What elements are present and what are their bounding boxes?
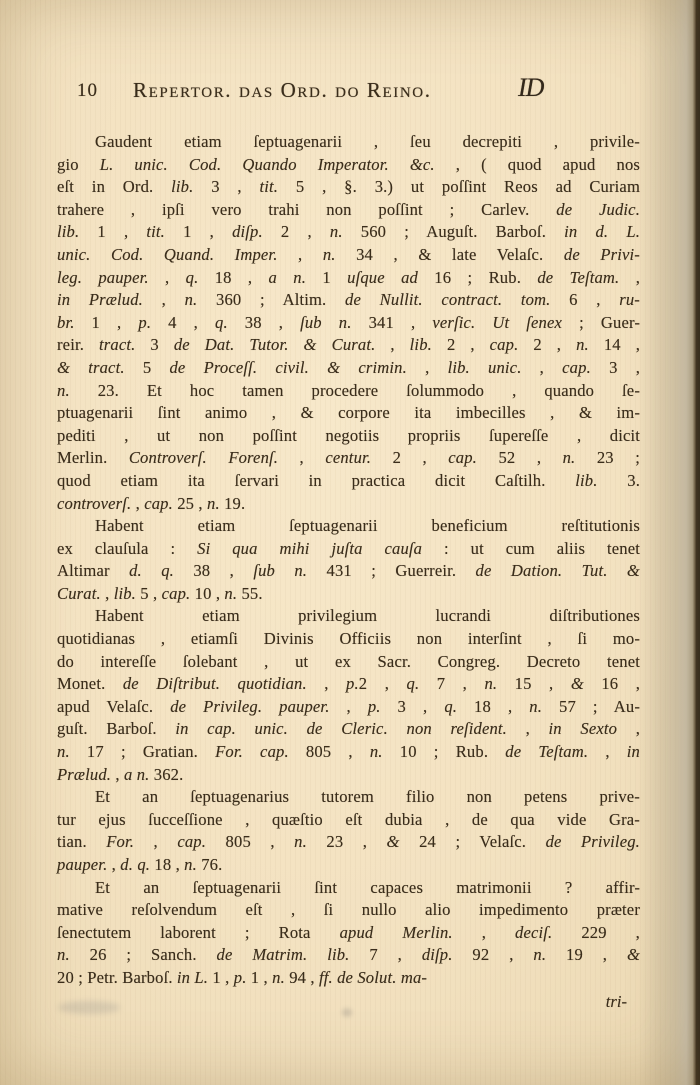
italic-text: in L. xyxy=(177,968,208,987)
text-line: tur ejus ſucceſſione , quæſtio eſt dubia… xyxy=(57,809,640,832)
roman-text: 2 , xyxy=(432,335,490,354)
roman-text: tur ejus ſucceſſione , quæſtio eſt dubia… xyxy=(57,810,640,829)
italic-text: pauper. xyxy=(57,855,107,874)
roman-text: reir. xyxy=(57,335,99,354)
italic-text: & xyxy=(387,832,400,851)
italic-text: n. xyxy=(370,742,383,761)
page-number: 10 xyxy=(77,80,98,102)
italic-text: n. xyxy=(57,945,70,964)
italic-text: n. xyxy=(533,945,546,964)
roman-text: 76. xyxy=(197,855,223,874)
roman-text: 57 ; Au- xyxy=(542,697,640,716)
italic-text: verſic. Ut ſenex xyxy=(432,313,562,332)
roman-text: 229 , xyxy=(552,923,640,942)
roman-text: 10 ; Rub. xyxy=(383,742,506,761)
roman-text: , xyxy=(107,855,120,874)
roman-text: 5 , xyxy=(136,584,162,603)
roman-text: , xyxy=(134,832,177,851)
roman-text: , xyxy=(149,268,186,287)
italic-text: in d. L. xyxy=(564,222,640,241)
margin-mark: ID xyxy=(518,73,543,103)
roman-text: 18 , xyxy=(198,268,268,287)
italic-text: ff. de Solut. ma- xyxy=(319,968,427,987)
roman-text: 1 , xyxy=(75,313,139,332)
italic-text: de Privileg. xyxy=(546,832,640,851)
roman-text: 23 ; xyxy=(575,448,640,467)
roman-text: 3. xyxy=(598,471,640,490)
italic-text: de Diſtribut. quotidian. xyxy=(123,674,307,693)
italic-text: q. xyxy=(215,313,228,332)
italic-text: n. xyxy=(57,381,70,400)
italic-text: ſub n. xyxy=(300,313,351,332)
italic-text: cap. xyxy=(562,358,591,377)
roman-text: 3 , xyxy=(591,358,640,377)
italic-text: L. unic. Cod. Quando Imperator. &c. xyxy=(100,155,435,174)
text-line: ptuagenarii ſint animo , & corpore ita i… xyxy=(57,402,640,425)
page-body: Gaudent etiam ſeptuagenarii , ſeu decrep… xyxy=(57,131,640,1013)
book-page: 10 Repertor. das Ord. do Reino. ID Gaude… xyxy=(0,0,700,1085)
italic-text: cap. xyxy=(177,832,206,851)
italic-text: n. xyxy=(294,832,307,851)
italic-text: tract. xyxy=(99,335,135,354)
page-header: 10 Repertor. das Ord. do Reino. ID xyxy=(57,76,640,110)
roman-text: ptuagenarii ſint animo , & corpore ita i… xyxy=(57,403,640,422)
italic-text: lib. unic. xyxy=(448,358,522,377)
italic-text: p. xyxy=(346,674,359,693)
italic-text: in Sexto xyxy=(549,719,618,738)
text-line: & tract. 5 de Proceſſ. civil. & crimin. … xyxy=(57,357,640,380)
roman-text: ; Guer- xyxy=(562,313,640,332)
text-line: quotidianas , etiamſi Divinis Officiis n… xyxy=(57,628,640,651)
italic-text: a n. xyxy=(124,765,150,784)
roman-text: quotidianas , etiamſi Divinis Officiis n… xyxy=(57,629,640,648)
text-line: guſt. Barboſ. in cap. unic. de Cleric. n… xyxy=(57,718,640,741)
italic-text: in Prælud. xyxy=(57,290,143,309)
italic-text: n. xyxy=(484,674,497,693)
roman-text: , xyxy=(143,290,185,309)
paragraph: Et an ſeptuagenarius tutorem filio non p… xyxy=(57,786,640,876)
roman-text: 805 , xyxy=(289,742,370,761)
roman-text: 3 xyxy=(135,335,173,354)
roman-text: 805 , xyxy=(206,832,294,851)
italic-text: n. xyxy=(185,290,198,309)
italic-text: centur. xyxy=(325,448,371,467)
italic-text: p. xyxy=(138,313,151,332)
roman-text: 52 , xyxy=(477,448,563,467)
italic-text: apud Merlin. xyxy=(340,923,453,942)
italic-text: For. xyxy=(106,832,134,851)
roman-text: , xyxy=(522,358,563,377)
roman-text: Merlin. xyxy=(57,448,129,467)
text-line: n. 23. Et hoc tamen procedere ſolummodo … xyxy=(57,380,640,403)
roman-text: Et an ſeptuagenarius tutorem filio non p… xyxy=(95,787,640,806)
roman-text: eſt in Ord. xyxy=(57,177,171,196)
roman-text: 14 , xyxy=(589,335,640,354)
roman-text: , xyxy=(111,765,124,784)
roman-text: pediti , ut non poſſint negotiis proprii… xyxy=(57,426,640,445)
roman-text: 3 , xyxy=(381,697,445,716)
text-line: gio L. unic. Cod. Quando Imperator. &c. … xyxy=(57,154,640,177)
roman-text: , xyxy=(617,719,640,738)
text-line: reir. tract. 3 de Dat. Tutor. & Curat. ,… xyxy=(57,334,640,357)
roman-text: 4 , xyxy=(151,313,215,332)
catchword: tri- xyxy=(606,992,627,1011)
text-line: ex clauſula : Si qua mihi juſta cauſa : … xyxy=(57,538,640,561)
italic-text: q. xyxy=(407,674,420,693)
roman-text: 18 , xyxy=(457,697,529,716)
roman-text: , ( quod apud nos xyxy=(435,155,640,174)
roman-text: , xyxy=(131,494,144,513)
text-line: Merlin. Controverſ. Forenſ. , centur. 2 … xyxy=(57,447,640,470)
roman-text: Et an ſeptuagenarii ſint capaces matrimo… xyxy=(95,878,640,897)
roman-text: 6 , xyxy=(550,290,619,309)
italic-text: ru- xyxy=(619,290,640,309)
text-line: in Prælud. , n. 360 ; Altim. de Nullit. … xyxy=(57,289,640,312)
roman-text: 17 ; Gratian. xyxy=(70,742,215,761)
roman-text: , xyxy=(278,245,323,264)
italic-text: n. xyxy=(323,245,336,264)
italic-text: br. xyxy=(57,313,75,332)
italic-text: n. xyxy=(529,697,542,716)
text-line: mative reſolvendum eſt , ſi nullo alio i… xyxy=(57,899,640,922)
italic-text: diſp. xyxy=(422,945,453,964)
paragraph: Habent etiam ſeptuagenarii beneficium re… xyxy=(57,515,640,605)
roman-text: 1 , xyxy=(247,968,273,987)
roman-text: 7 , xyxy=(419,674,484,693)
roman-text: , xyxy=(619,268,640,287)
roman-text: , xyxy=(307,674,346,693)
italic-text: controverſ. xyxy=(57,494,131,513)
roman-text: 23. Et hoc tamen procedere ſolummodo , q… xyxy=(70,381,640,400)
roman-text: 341 , xyxy=(352,313,433,332)
roman-text: , xyxy=(407,358,448,377)
roman-text: 5 xyxy=(125,358,170,377)
roman-text: 19 , xyxy=(546,945,627,964)
roman-text: 2 , xyxy=(371,448,448,467)
text-line: Et an ſeptuagenarius tutorem filio non p… xyxy=(57,786,640,809)
roman-text: Altimar xyxy=(57,561,129,580)
italic-text: Si qua mihi juſta cauſa xyxy=(197,539,422,558)
italic-text: de Teſtam. xyxy=(537,268,619,287)
text-line: Gaudent etiam ſeptuagenarii , ſeu decrep… xyxy=(57,131,640,154)
italic-text: n. xyxy=(272,968,285,987)
italic-text: n. xyxy=(224,584,237,603)
roman-text: 2 , xyxy=(359,674,407,693)
italic-text: de Privileg. pauper. xyxy=(170,697,329,716)
italic-text: cap. xyxy=(448,448,477,467)
italic-text: de Teſtam. xyxy=(505,742,588,761)
roman-text: 38 , xyxy=(228,313,300,332)
text-line: pauper. , d. q. 18 , n. 76. xyxy=(57,854,640,877)
text-line: do intereſſe ſolebant , ut ex Sacr. Cong… xyxy=(57,651,640,674)
roman-text: 15 , xyxy=(497,674,571,693)
italic-text: d. q. xyxy=(129,561,174,580)
roman-text: 7 , xyxy=(349,945,421,964)
roman-text: 38 , xyxy=(174,561,253,580)
italic-text: p. xyxy=(234,968,247,987)
italic-text: tit. xyxy=(146,222,165,241)
roman-text: 5 , §. 3.) ut poſſint Reos ad Curiam xyxy=(278,177,640,196)
roman-text: 360 ; Altim. xyxy=(197,290,345,309)
italic-text: in xyxy=(627,742,640,761)
roman-text: Habent etiam ſeptuagenarii beneficium re… xyxy=(95,516,640,535)
roman-text: Monet. xyxy=(57,674,123,693)
roman-text: , xyxy=(278,448,325,467)
italic-text: lib. xyxy=(114,584,136,603)
italic-text: n. xyxy=(576,335,589,354)
text-line: pediti , ut non poſſint negotiis proprii… xyxy=(57,425,640,448)
roman-text: 26 ; Sanch. xyxy=(70,945,217,964)
roman-text: 23 , xyxy=(307,832,387,851)
text-line: Et an ſeptuagenarii ſint capaces matrimo… xyxy=(57,877,640,900)
text-line: 20 ; Petr. Barboſ. in L. 1 , p. 1 , n. 9… xyxy=(57,967,640,990)
italic-text: & xyxy=(571,674,584,693)
italic-text: de Dat. Tutor. & Curat. xyxy=(174,335,376,354)
roman-text: 2 , xyxy=(263,222,330,241)
text-line: Prælud. , a n. 362. xyxy=(57,764,640,787)
italic-text: deciſ. xyxy=(515,923,552,942)
italic-text: n. xyxy=(57,742,70,761)
italic-text: lib. xyxy=(410,335,432,354)
text-line: n. 26 ; Sanch. de Matrim. lib. 7 , diſp.… xyxy=(57,944,640,967)
roman-text: 16 ; Rub. xyxy=(418,268,537,287)
text-line: eſt in Ord. lib. 3 , tit. 5 , §. 3.) ut … xyxy=(57,176,640,199)
text-line: Curat. , lib. 5 , cap. 10 , n. 55. xyxy=(57,583,640,606)
italic-text: n. xyxy=(563,448,576,467)
italic-text: n. xyxy=(207,494,220,513)
roman-text: 55. xyxy=(237,584,263,603)
roman-text: 16 , xyxy=(584,674,640,693)
roman-text: 560 ; Auguſt. Barboſ. xyxy=(343,222,564,241)
text-line: Monet. de Diſtribut. quotidian. , p.2 , … xyxy=(57,673,640,696)
roman-text: , xyxy=(375,335,409,354)
italic-text: & xyxy=(627,945,640,964)
italic-text: de Nullit. contract. tom. xyxy=(345,290,550,309)
paragraph: Habent etiam privilegium lucrandi diſtri… xyxy=(57,605,640,786)
italic-text: a n. xyxy=(269,268,307,287)
italic-text: cap. xyxy=(162,584,191,603)
roman-text: : ut cum aliis tenet xyxy=(422,539,640,558)
roman-text: 92 , xyxy=(453,945,534,964)
paragraph: Gaudent etiam ſeptuagenarii , ſeu decrep… xyxy=(57,131,640,515)
roman-text: 10 , xyxy=(190,584,224,603)
text-line: ſenectutem laborent ; Rota apud Merlin. … xyxy=(57,922,640,945)
roman-text: 94 , xyxy=(285,968,319,987)
italic-text: lib. xyxy=(575,471,597,490)
italic-text: & tract. xyxy=(57,358,125,377)
book-edge-shadow xyxy=(638,0,700,1085)
italic-text: de Privi- xyxy=(564,245,640,264)
italic-text: For. cap. xyxy=(215,742,289,761)
text-line: apud Velaſc. de Privileg. pauper. , p. 3… xyxy=(57,696,640,719)
italic-text: Prælud. xyxy=(57,765,111,784)
italic-text: d. q. xyxy=(120,855,150,874)
roman-text: , xyxy=(588,742,627,761)
italic-text: uſque ad xyxy=(347,268,418,287)
text-line: n. 17 ; Gratian. For. cap. 805 , n. 10 ;… xyxy=(57,741,640,764)
roman-text: 362. xyxy=(149,765,183,784)
italic-text: cap. xyxy=(144,494,173,513)
text-line: trahere , ipſi vero trahi non poſſint ; … xyxy=(57,199,640,222)
text-line: controverſ. , cap. 25 , n. 19. xyxy=(57,493,640,516)
italic-text: de Dation. Tut. & xyxy=(476,561,640,580)
roman-text: , xyxy=(330,697,368,716)
italic-text: de Matrim. lib. xyxy=(217,945,350,964)
roman-text: , xyxy=(453,923,515,942)
italic-text: lib. xyxy=(171,177,193,196)
italic-text: p. xyxy=(368,697,381,716)
roman-text: Gaudent etiam ſeptuagenarii , ſeu decrep… xyxy=(95,132,640,151)
italic-text: diſp. xyxy=(232,222,263,241)
roman-text: ſenectutem laborent ; Rota xyxy=(57,923,340,942)
roman-text: 1 , xyxy=(208,968,234,987)
roman-text: 19. xyxy=(220,494,246,513)
roman-text: trahere , ipſi vero trahi non poſſint ; … xyxy=(57,200,556,219)
roman-text: ex clauſula : xyxy=(57,539,197,558)
roman-text: mative reſolvendum eſt , ſi nullo alio i… xyxy=(57,900,640,919)
italic-text: tit. xyxy=(260,177,279,196)
roman-text: 1 , xyxy=(165,222,232,241)
text-line: Habent etiam ſeptuagenarii beneficium re… xyxy=(57,515,640,538)
text-line: leg. pauper. , q. 18 , a n. 1 uſque ad 1… xyxy=(57,267,640,290)
paragraph: Et an ſeptuagenarii ſint capaces matrimo… xyxy=(57,877,640,990)
roman-text: 24 ; Velaſc. xyxy=(400,832,546,851)
roman-text: 431 ; Guerreir. xyxy=(307,561,475,580)
italic-text: leg. pauper. xyxy=(57,268,149,287)
roman-text: apud Velaſc. xyxy=(57,697,170,716)
roman-text: 3 , xyxy=(193,177,259,196)
roman-text: 34 , & late Velaſc. xyxy=(336,245,564,264)
text-line: lib. 1 , tit. 1 , diſp. 2 , n. 560 ; Aug… xyxy=(57,221,640,244)
text-line: Habent etiam privilegium lucrandi diſtri… xyxy=(57,605,640,628)
italic-text: ſub n. xyxy=(253,561,307,580)
italic-text: cap. xyxy=(490,335,519,354)
italic-text: q. xyxy=(186,268,199,287)
text-line: unic. Cod. Quand. Imper. , n. 34 , & lat… xyxy=(57,244,640,267)
roman-text: 18 , xyxy=(150,855,184,874)
roman-text: , xyxy=(101,584,114,603)
text-line: Altimar d. q. 38 , ſub n. 431 ; Guerreir… xyxy=(57,560,640,583)
italic-text: q. xyxy=(444,697,457,716)
italic-text: de Proceſſ. civil. & crimin. xyxy=(169,358,406,377)
scan-smudge xyxy=(58,1001,120,1014)
italic-text: n. xyxy=(184,855,197,874)
scan-speck xyxy=(342,1008,352,1017)
roman-text: Habent etiam privilegium lucrandi diſtri… xyxy=(95,606,640,625)
roman-text: 2 , xyxy=(518,335,576,354)
roman-text: 25 , xyxy=(173,494,207,513)
italic-text: Curat. xyxy=(57,584,101,603)
roman-text: 1 , xyxy=(79,222,146,241)
text-line: quod etiam ita ſervari in practica dicit… xyxy=(57,470,640,493)
roman-text: 20 ; Petr. Barboſ. xyxy=(57,968,177,987)
italic-text: n. xyxy=(330,222,343,241)
roman-text: guſt. Barboſ. xyxy=(57,719,175,738)
italic-text: lib. xyxy=(57,222,79,241)
italic-text: unic. Cod. Quand. Imper. xyxy=(57,245,278,264)
italic-text: de Judic. xyxy=(556,200,640,219)
italic-text: in cap. unic. de Cleric. non reſident. xyxy=(175,719,507,738)
running-title: Repertor. das Ord. do Reino. xyxy=(133,78,432,103)
text-line: tian. For. , cap. 805 , n. 23 , & 24 ; V… xyxy=(57,831,640,854)
text-line: br. 1 , p. 4 , q. 38 , ſub n. 341 , verſ… xyxy=(57,312,640,335)
roman-text: do intereſſe ſolebant , ut ex Sacr. Cong… xyxy=(57,652,640,671)
roman-text: , xyxy=(507,719,549,738)
roman-text: 1 xyxy=(306,268,347,287)
italic-text: Controverſ. Forenſ. xyxy=(129,448,278,467)
roman-text: tian. xyxy=(57,832,106,851)
roman-text: gio xyxy=(57,155,100,174)
roman-text: quod etiam ita ſervari in practica dicit… xyxy=(57,471,575,490)
